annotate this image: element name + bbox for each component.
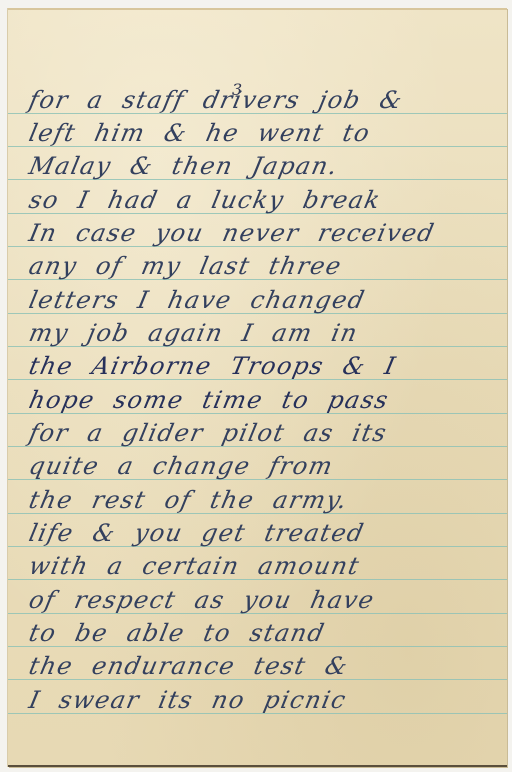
handwritten-line: so I had a lucky break (26, 184, 512, 216)
handwritten-line: In case you never received (26, 217, 512, 249)
handwritten-line: Malay & then Japan. (26, 150, 512, 182)
handwritten-line: left him & he went to (26, 117, 512, 149)
handwritten-line: the Airborne Troops & I (26, 350, 512, 382)
handwritten-line: my job again I am in (26, 317, 512, 349)
handwritten-line: any of my last three (26, 250, 512, 282)
handwritten-line: quite a change from (26, 450, 512, 482)
handwritten-line: letters I have changed (26, 284, 512, 316)
handwritten-line: hope some time to pass (26, 384, 512, 416)
handwritten-line: the endurance test & (26, 650, 512, 682)
handwritten-line: I swear its no picnic (26, 684, 512, 716)
handwritten-line: with a certain amount (26, 550, 512, 582)
letter-page: 3 for a staff drivers job & left him & h… (8, 8, 507, 767)
paper-top-edge (8, 8, 507, 10)
handwritten-line: to be able to stand (26, 617, 512, 649)
handwritten-line: for a glider pilot as its (26, 417, 512, 449)
handwritten-line: for a staff drivers job & (26, 84, 512, 116)
handwritten-line: the rest of the army. (26, 484, 512, 516)
handwritten-line: of respect as you have (26, 584, 512, 616)
handwritten-line: life & you get treated (26, 517, 512, 549)
